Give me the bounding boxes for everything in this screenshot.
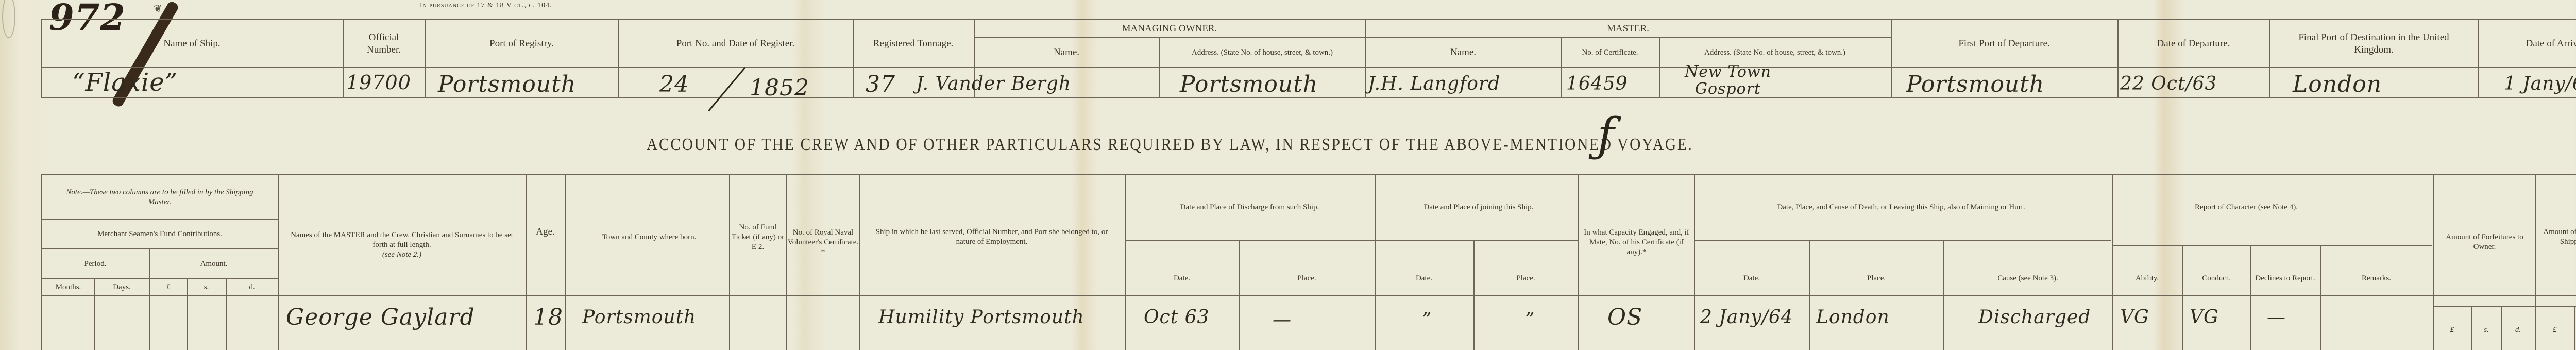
col-divider (343, 19, 344, 97)
value-port-no: 24 (659, 71, 689, 97)
crew-age: 18 (533, 304, 563, 330)
header-name-of-ship: Name of Ship. (41, 21, 343, 67)
header-master-certificate: No. of Certificate. (1561, 38, 1659, 67)
crew-name: George Gaylard (286, 304, 475, 330)
rnv-asterisk: * (821, 247, 825, 257)
header-forfeitures: Amount of Forfeitures to Owner. (2439, 222, 2530, 263)
col-divider (2182, 245, 2183, 350)
crew-ability: VG (2120, 307, 2149, 328)
fines-pounds: £ (2535, 320, 2574, 340)
header-leaving-place: Place. (1809, 263, 1943, 294)
value-managing-owner-address: Portsmouth (1180, 71, 1318, 97)
names-header-note: (see Note 2.) (382, 250, 421, 260)
header-amount-pounds: £ (149, 279, 187, 295)
value-master-certificate: 16459 (1566, 73, 1628, 94)
crew-discharge-date: Oct 63 (1144, 307, 1209, 328)
value-register-year: 1852 (750, 75, 809, 101)
discharge-divider (1125, 240, 1578, 241)
value-official-number: 19700 (346, 71, 411, 94)
note-text: Note.—These two columns are to be filled… (57, 188, 263, 207)
col-divider (859, 174, 860, 350)
header-capacity: In what Capacity Engaged, and, if Mate, … (1579, 206, 1694, 278)
ship-table-top-border (41, 19, 2576, 20)
col-divider (1809, 240, 1810, 350)
crew-joining-place: ” (1525, 309, 1535, 330)
character-divider (2112, 245, 2432, 246)
header-official-number: Official Number. (355, 21, 412, 67)
header-amount-shillings: s. (187, 279, 226, 295)
leaving-divider (1694, 240, 2111, 241)
value-managing-owner-name: J. Vander Bergh (916, 73, 1071, 94)
crew-capacity: OS (1607, 304, 1642, 330)
col-divider (1473, 240, 1475, 350)
header-months: Months. (42, 279, 94, 295)
ink-slash-mark (708, 67, 745, 111)
header-last-ship: Ship in which he last served, Official N… (866, 211, 1118, 263)
inspector-initial-mark: ƒ (1597, 108, 1615, 162)
col-divider (2269, 19, 2270, 97)
amounts-divider (2433, 306, 2576, 307)
crest-ornament-icon: ❦ (154, 2, 162, 14)
header-first-port: First Port of Departure. (1891, 21, 2117, 67)
header-discharge: Date and Place of Discharge from such Sh… (1125, 192, 1375, 223)
header-date-of-departure: Date of Departure. (2117, 21, 2269, 67)
col-divider (278, 174, 279, 350)
header-age: Age. (526, 216, 565, 247)
crew-declines: — (2267, 307, 2286, 328)
header-discharge-date: Date. (1125, 263, 1239, 294)
header-master-name: Name. (1365, 38, 1561, 67)
header-leaving-date: Date. (1694, 263, 1809, 294)
header-discharge-place: Place. (1239, 263, 1375, 294)
header-port-of-registry: Port of Registry. (425, 21, 618, 67)
header-character: Report of Character (see Note 4). (2112, 192, 2380, 223)
crew-header-bottom (41, 295, 2576, 296)
header-joining: Date and Place of joining this Ship. (1391, 192, 1566, 223)
value-master-name: J.H. Langford (1368, 73, 1500, 94)
value-master-address-line1: New Town (1685, 63, 1771, 81)
header-amount-pence: d. (226, 279, 278, 295)
col-divider (1375, 174, 1376, 350)
header-note: Note.—These two columns are to be filled… (57, 178, 263, 216)
value-port-of-registry: Portsmouth (438, 71, 576, 97)
rnv-header-text: No. of Royal Naval Volunteer's Certifica… (787, 228, 859, 247)
header-managing-owner-name: Name. (974, 38, 1159, 67)
header-period: Period. (41, 249, 149, 278)
header-declines: Declines to Report. (2250, 260, 2320, 296)
value-first-port: Portsmouth (1906, 71, 2044, 97)
header-joining-date: Date. (1375, 263, 1473, 294)
header-registered-tonnage: Registered Tonnage. (853, 21, 974, 67)
header-amount: Amount. (149, 249, 278, 278)
col-divider (526, 174, 527, 350)
header-names: Names of the MASTER and the Crew. Christ… (289, 216, 515, 273)
crew-cause: Discharged (1978, 307, 2091, 328)
header-fund-ticket: No. of Fund Ticket (if any) or E 2. (730, 201, 786, 273)
value-final-port: London (2293, 71, 2382, 97)
crew-last-ship: Humility Portsmouth (878, 307, 1084, 328)
forfeit-pounds: £ (2433, 320, 2471, 340)
section-title: ACCOUNT OF THE CREW AND OF OTHER PARTICU… (647, 135, 1693, 155)
crew-table-top-border (41, 174, 2576, 175)
header-fund-contributions: Merchant Seamen's Fund Contributions. (41, 220, 278, 248)
crew-conduct: VG (2190, 307, 2219, 328)
act-reference: In pursuance of 17 & 18 Vict., c. 104. (420, 2, 552, 10)
header-remarks: Remarks. (2320, 263, 2433, 294)
header-managing-owner-address: Address. (State No. of house, street, & … (1159, 38, 1365, 67)
header-fines: Amount of Fines payable to Shipping Mast… (2537, 216, 2576, 258)
header-town-county: Town and County where born. (592, 222, 706, 253)
margin-oval-mark (2, 0, 15, 38)
col-divider (1239, 240, 1240, 350)
forfeit-pence: d. (2501, 320, 2535, 340)
crew-joining-date: ” (1422, 309, 1432, 330)
header-port-no-date: Port No. and Date of Register. (618, 21, 853, 67)
col-divider (1943, 240, 1944, 350)
forfeit-shillings: s. (2471, 320, 2501, 340)
col-divider (2320, 245, 2321, 350)
value-date-of-departure: 22 Oct/63 (2120, 73, 2217, 94)
header-rnv-certificate: No. of Royal Naval Volunteer's Certifica… (787, 206, 859, 278)
crew-leaving-date: 2 Jany/64 (1700, 307, 1793, 328)
header-managing-owner: MANAGING OWNER. (974, 21, 1365, 37)
crew-birthplace: Portsmouth (582, 307, 696, 328)
col-divider (1694, 174, 1695, 350)
crew-discharge-place: — (1273, 309, 1292, 330)
value-name-of-ship: “Flaxie” (72, 68, 178, 97)
header-joining-place: Place. (1473, 263, 1578, 294)
value-registered-tonnage: 37 (866, 71, 895, 97)
header-master: MASTER. (1365, 21, 1891, 37)
header-death-leaving: Date, Place, and Cause of Death, or Leav… (1726, 192, 2076, 223)
value-date-of-arrival: 1 Jany/64 (2504, 73, 2576, 94)
crew-leaving-place: London (1816, 307, 1890, 328)
header-cause: Cause (see Note 3). (1943, 263, 2112, 294)
names-header-text: Names of the MASTER and the Crew. Christ… (289, 230, 515, 250)
ship-table-header-divider (41, 67, 2576, 68)
header-days: Days. (94, 279, 149, 295)
value-master-address-line2: Gosport (1695, 80, 1761, 98)
header-conduct: Conduct. (2182, 263, 2250, 294)
col-divider (565, 174, 566, 350)
header-final-port: Final Port of Destination in the United … (2280, 21, 2468, 67)
header-ability: Ability. (2112, 263, 2182, 294)
header-date-of-arrival: Date of Arrival. (2478, 21, 2576, 67)
